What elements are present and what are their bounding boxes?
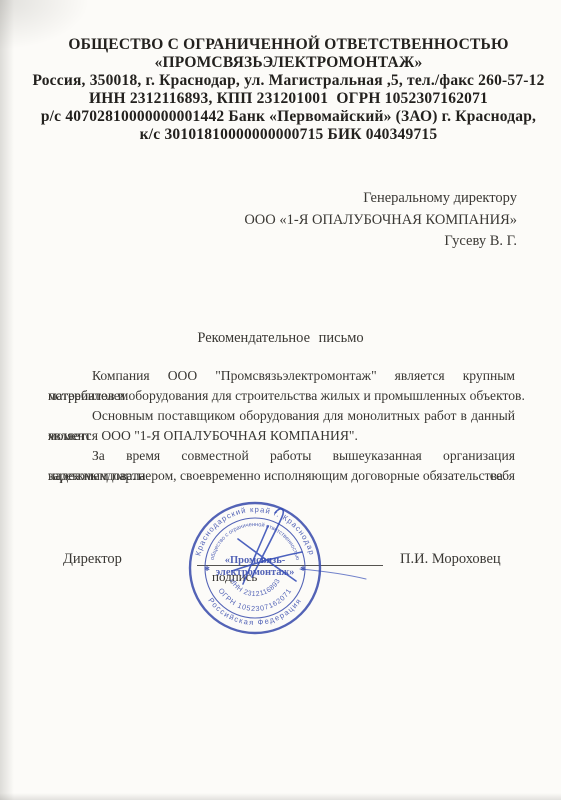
body-line: За время совместной работы вышеуказанная… — [48, 446, 515, 466]
body-line: Компания ООО "Промсвязьэлектромонтаж" яв… — [48, 366, 515, 386]
letterhead-inn-kpp-ogrn: ИНН 2312116893, КПП 231201001 ОГРН 10523… — [20, 90, 557, 108]
body-line: материалов и оборудования для строительс… — [48, 386, 515, 406]
body-line: Основным поставщиком оборудования для мо… — [48, 406, 515, 426]
stamp-region-text: Краснодарский край г. Краснодар — [193, 505, 316, 557]
stamp-star-left: ✱ — [204, 565, 210, 573]
body-line: является ООО "1-Я ОПАЛУБОЧНАЯ КОМПАНИЯ". — [48, 426, 515, 446]
signer-name: П.И. Мороховец — [400, 551, 501, 568]
addressee-company: ООО «1-Я ОПАЛУБОЧНАЯ КОМПАНИЯ» — [217, 210, 517, 232]
letter-body: Компания ООО "Промсвязьэлектромонтаж" яв… — [48, 366, 515, 486]
company-round-stamp: Краснодарский край г. Краснодар Российск… — [180, 495, 380, 645]
letter-title: Рекомендательное письмо — [0, 330, 561, 347]
stamp-inn-text: ИНН 2312116893 — [228, 578, 282, 598]
signer-position: Директор — [63, 551, 122, 568]
letterhead: ОБЩЕСТВО С ОГРАНИЧЕННОЙ ОТВЕТСТВЕННОСТЬЮ… — [20, 36, 557, 144]
addressee-position: Генеральному директору — [217, 188, 517, 210]
letterhead-address: Россия, 350018, г. Краснодар, ул. Магист… — [20, 72, 557, 90]
letterhead-company-type: ОБЩЕСТВО С ОГРАНИЧЕННОЙ ОТВЕТСТВЕННОСТЬЮ — [20, 36, 557, 54]
scanned-letter-page: ОБЩЕСТВО С ОГРАНИЧЕННОЙ ОТВЕТСТВЕННОСТЬЮ… — [0, 0, 561, 800]
letterhead-company-name: «ПРОМСВЯЗЬЭЛЕКТРОМОНТАЖ» — [20, 54, 557, 72]
body-line: надежным партнером, своевременно исполня… — [48, 466, 515, 486]
stamp-ogrn-text: ОГРН 1052307162071 — [216, 586, 293, 613]
letterhead-corr-account-bik: к/с 30101810000000000715 БИК 040349715 — [20, 126, 557, 144]
letterhead-bank-account: р/с 40702810000000001442 Банк «Первомайс… — [20, 108, 557, 126]
stamp-svg: Краснодарский край г. Краснодар Российск… — [180, 495, 380, 645]
addressee-block: Генеральному директору ООО «1-Я ОПАЛУБОЧ… — [217, 188, 517, 253]
addressee-person: Гусеву В. Г. — [217, 231, 517, 253]
